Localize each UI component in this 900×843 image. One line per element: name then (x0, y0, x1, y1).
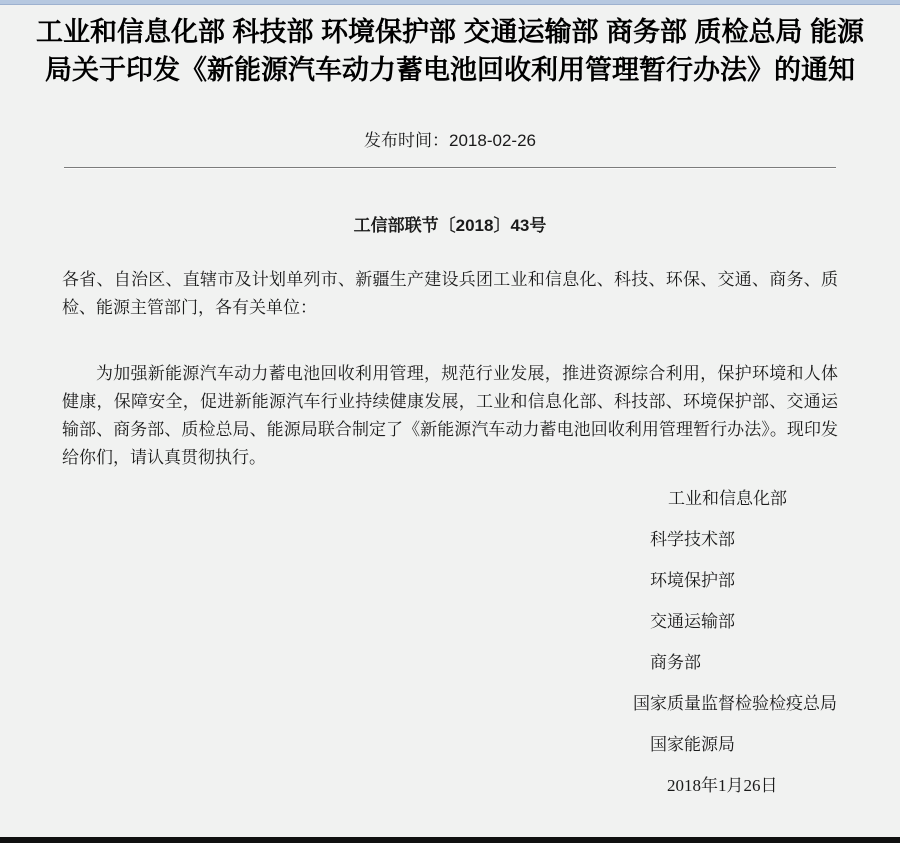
document-number: 工信部联节〔2018〕43号 (0, 216, 900, 236)
document-page: 工业和信息化部 科技部 环境保护部 交通运输部 商务部 质检总局 能源局关于印发… (0, 0, 900, 843)
horizontal-divider (64, 167, 836, 169)
signatory-line: 环境保护部 (650, 560, 900, 601)
top-accent-bar (0, 0, 900, 5)
issue-date: 2018年1月26日 (667, 765, 900, 806)
publish-time: 发布时间：2018-02-26 (0, 131, 900, 151)
signatory-line: 交通运输部 (650, 601, 900, 642)
body-paragraph: 为加强新能源汽车动力蓄电池回收利用管理，规范行业发展，推进资源综合利用，保护环境… (62, 360, 838, 472)
signatory-line: 工业和信息化部 (668, 478, 900, 519)
page-title: 工业和信息化部 科技部 环境保护部 交通运输部 商务部 质检总局 能源局关于印发… (30, 13, 870, 89)
signature-block: 工业和信息化部 科学技术部 环境保护部 交通运输部 商务部 国家质量监督检验检疫… (0, 478, 900, 806)
signatory-line: 国家质量监督检验检疫总局 (633, 683, 900, 724)
signatory-line: 国家能源局 (650, 724, 900, 765)
addressee-paragraph: 各省、自治区、直辖市及计划单列市、新疆生产建设兵团工业和信息化、科技、环保、交通… (62, 266, 838, 322)
bottom-edge-bar (0, 837, 900, 843)
publish-time-value: 2018-02-26 (449, 131, 536, 150)
publish-time-label: 发布时间： (364, 131, 449, 150)
signatory-line: 商务部 (650, 642, 900, 683)
signatory-line: 科学技术部 (650, 519, 900, 560)
